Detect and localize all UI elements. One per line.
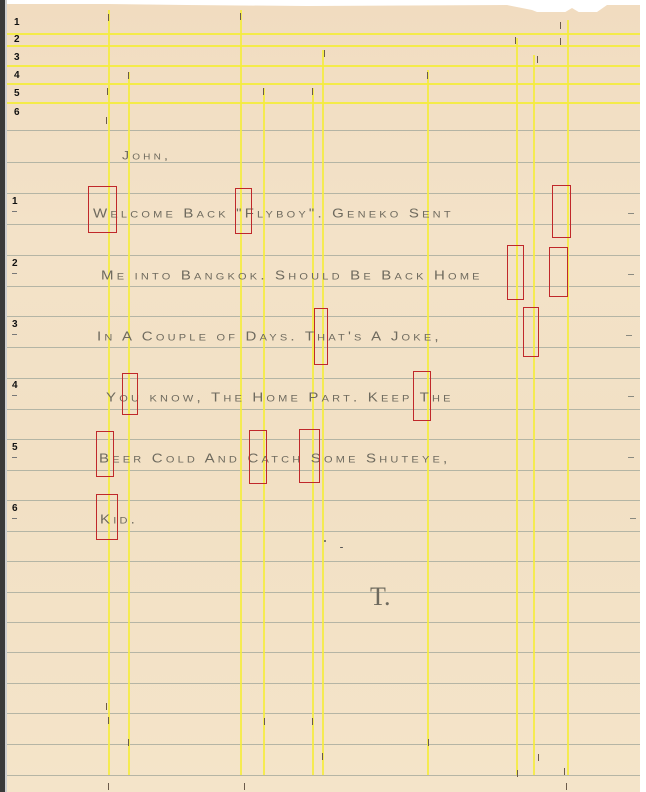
yellow-column-line: [322, 50, 324, 775]
row-label: 1: [14, 17, 20, 28]
tick-mark: [564, 768, 565, 775]
yellow-column-line: [427, 70, 429, 775]
line-end-dash: [628, 213, 634, 214]
tick-mark: [560, 38, 561, 45]
margin-dash: [12, 334, 17, 335]
highlight-box: [249, 430, 267, 484]
tick-mark: [312, 88, 313, 95]
tick-mark: [312, 718, 313, 725]
row-label: 2: [14, 34, 20, 45]
tick-mark: [428, 739, 429, 746]
salutation: John,: [122, 148, 171, 162]
yellow-row-line: [7, 33, 640, 35]
tick-mark: [128, 739, 129, 746]
row-label: 6: [14, 107, 20, 118]
margin-dash: [12, 457, 17, 458]
tick-mark: [108, 717, 109, 724]
tick-mark: [264, 718, 265, 725]
highlight-box: [122, 373, 138, 415]
ruled-line: [7, 775, 640, 776]
highlight-box: [314, 308, 328, 365]
scan-margin-right: [640, 0, 646, 792]
letter-line-4: You know, The Home Part. Keep The: [106, 391, 454, 405]
highlight-box: [413, 371, 431, 421]
tick-mark: [128, 72, 129, 79]
tick-mark: [244, 783, 245, 790]
highlight-box: [235, 188, 252, 234]
tick-mark: [107, 88, 108, 95]
highlight-box: [88, 186, 117, 233]
tick-mark: [106, 703, 107, 710]
margin-dash: [12, 518, 17, 519]
letter-line-2: Me into Bangkok. Should Be Back Home: [101, 269, 483, 283]
tick-mark: [517, 770, 518, 777]
margin-dash: [12, 211, 17, 212]
highlight-box: [549, 247, 568, 297]
tick-mark: [322, 753, 323, 760]
ink-spot: [340, 547, 343, 548]
tick-mark: [108, 783, 109, 790]
yellow-column-line: [516, 38, 518, 775]
yellow-column-line: [128, 72, 130, 775]
tick-mark: [427, 72, 428, 79]
tick-mark: [515, 37, 516, 44]
line-end-dash: [628, 457, 634, 458]
line-end-dash: [630, 518, 636, 519]
tick-mark: [108, 14, 109, 21]
letter-line-3: In A Couple of Days. That's A Joke,: [97, 330, 442, 344]
yellow-column-line: [567, 20, 569, 775]
line-end-dash: [626, 335, 632, 336]
margin-label: 2: [12, 258, 18, 269]
margin-label: 6: [12, 503, 18, 514]
highlight-box: [299, 429, 320, 483]
signature: T.: [370, 582, 390, 612]
row-label: 5: [14, 88, 20, 99]
highlight-box: [552, 185, 571, 238]
letter-line-1: Welcome Back "Flyboy". Geneko Sent: [93, 207, 454, 221]
margin-label: 4: [12, 380, 18, 391]
highlight-box: [523, 307, 539, 357]
margin-dash: [12, 395, 17, 396]
yellow-column-line: [533, 55, 535, 775]
margin-label: 1: [12, 196, 18, 207]
row-label: 3: [14, 52, 20, 63]
row-label: 4: [14, 70, 20, 81]
tick-mark: [263, 88, 264, 95]
tick-mark: [106, 117, 107, 124]
tick-mark: [560, 22, 561, 29]
highlight-box: [96, 431, 114, 477]
margin-label: 3: [12, 319, 18, 330]
line-end-dash: [628, 274, 634, 275]
margin-dash: [12, 273, 17, 274]
tick-mark: [538, 754, 539, 761]
tick-mark: [324, 50, 325, 57]
tick-mark: [566, 783, 567, 790]
letter-line-5: Beer Cold And Catch Some Shuteye,: [99, 452, 450, 466]
line-end-dash: [628, 396, 634, 397]
tick-mark: [537, 56, 538, 63]
highlight-box: [507, 245, 524, 300]
yellow-row-line: [7, 45, 640, 47]
tick-mark: [240, 13, 241, 20]
margin-label: 5: [12, 442, 18, 453]
letter-page: 123456 123456 John, Welcome Back "Flyboy…: [0, 0, 646, 792]
highlight-box: [96, 494, 118, 540]
torn-top-edge: [7, 0, 640, 12]
ink-spot: [324, 540, 326, 542]
